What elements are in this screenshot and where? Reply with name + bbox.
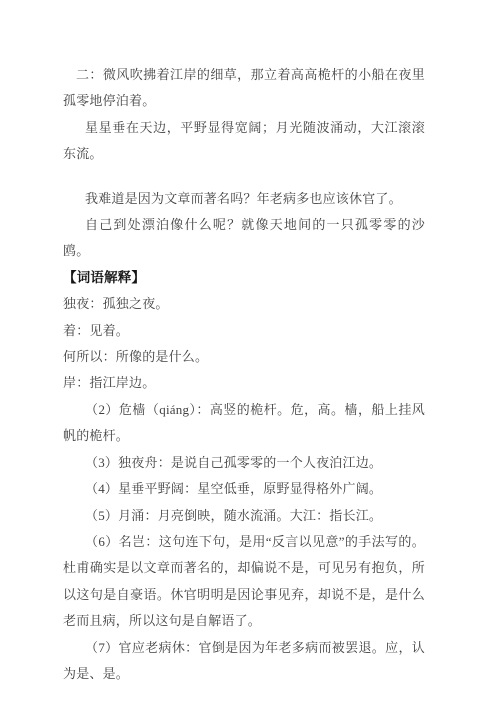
note-item: （2）危樯（qiáng）：高竖的桅杆。危，高。樯，船上挂风帆的桅杆。 [63, 397, 425, 450]
document-content: 二：微风吹拂着江岸的细草，那立着高高桅杆的小船在夜里孤零地停泊着。 星星垂在天边… [63, 62, 425, 687]
document-page: 二：微风吹拂着江岸的细草，那立着高高桅杆的小船在夜里孤零地停泊着。 星星垂在天边… [0, 0, 500, 707]
translation-paragraph: 星星垂在天边，平野显得宽阔；月光随波涌动，大江滚滚东流。 [63, 115, 425, 168]
translation-paragraph: 二：微风吹拂着江岸的细草，那立着高高桅杆的小船在夜里孤零地停泊着。 [63, 62, 425, 115]
note-item: 岸：指江岸边。 [63, 370, 425, 396]
translation-paragraph: 我难道是因为文章而著名吗？年老病多也应该休官了。 [63, 186, 425, 212]
note-item: （3）独夜舟：是说自己孤零零的一个人夜泊江边。 [63, 450, 425, 476]
note-item: （5）月涌：月亮倒映，随水流涌。大江：指长江。 [63, 503, 425, 529]
note-item: （6）名岂：这句连下句，是用“反言以见意”的手法写的。杜甫确实是以文章而著名的，… [63, 529, 425, 635]
note-item: （4）星垂平野阔：星空低垂，原野显得格外广阔。 [63, 476, 425, 502]
note-item: 着：见着。 [63, 318, 425, 344]
note-item: 何所以：所像的是什么。 [63, 344, 425, 370]
section-heading: 【词语解释】 [63, 265, 425, 291]
note-item: 独夜：孤独之夜。 [63, 291, 425, 317]
translation-paragraph: 自己到处漂泊像什么呢？就像天地间的一只孤零零的沙鸥。 [63, 212, 425, 265]
blank-line-spacer [63, 168, 425, 186]
note-item: （7）官应老病休：官倒是因为年老多病而被罢退。应，认为是、是。 [63, 635, 425, 688]
